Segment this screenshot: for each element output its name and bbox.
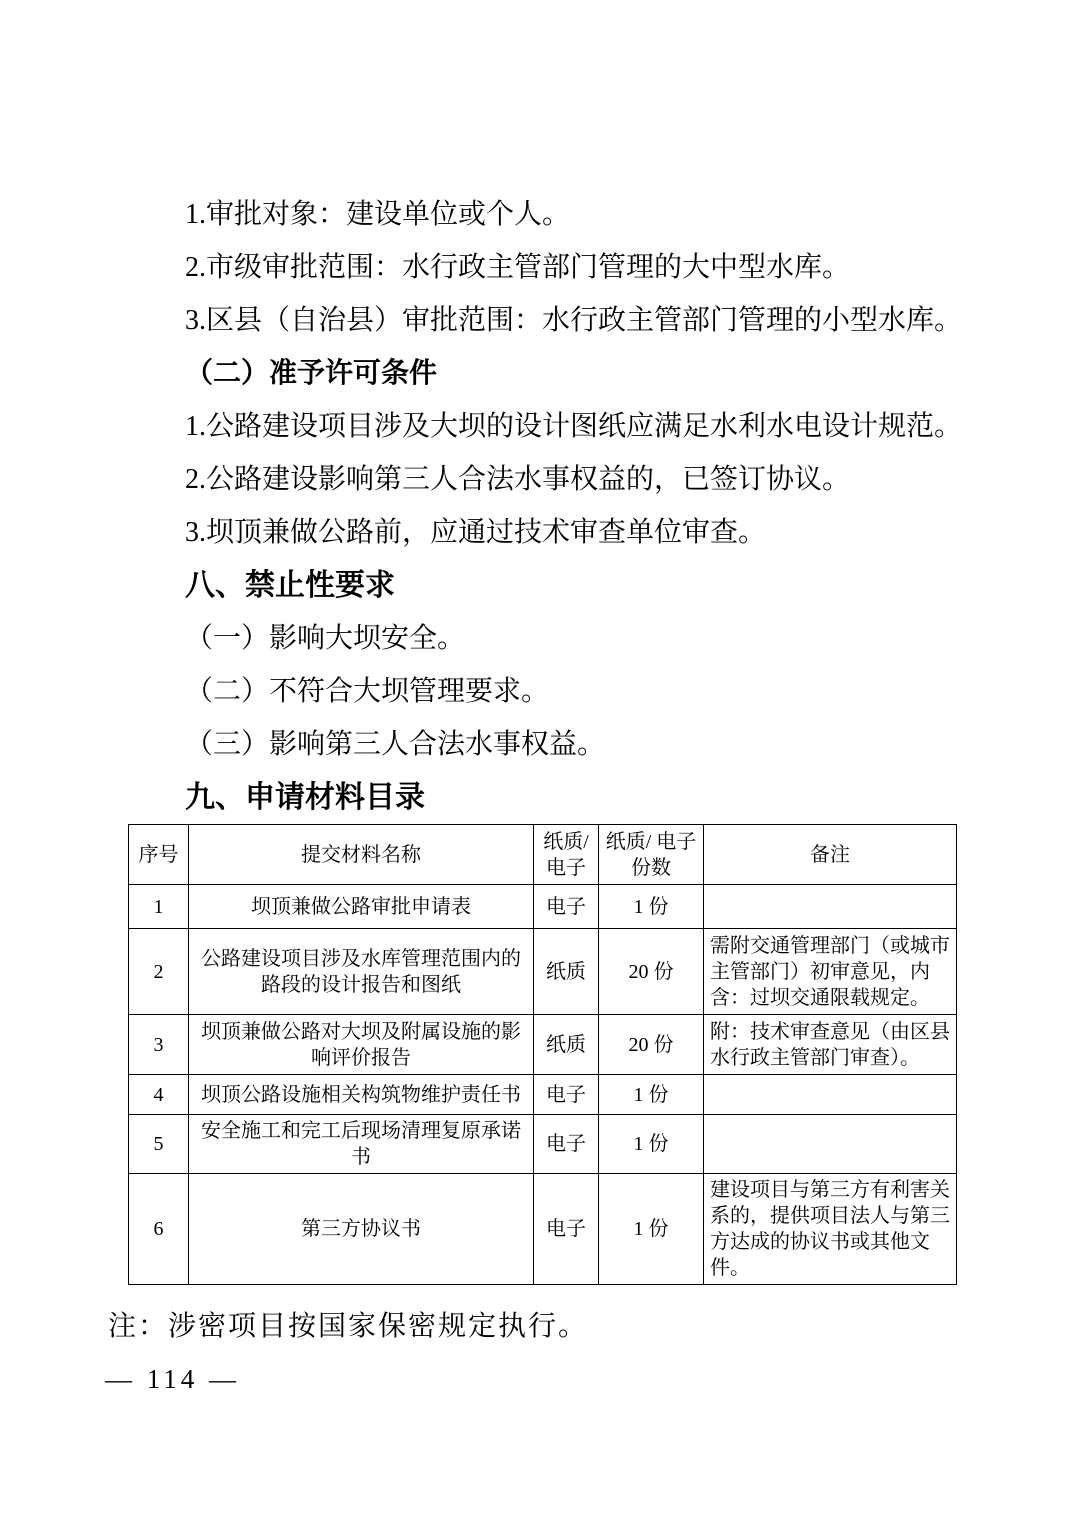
cell-remark: [704, 1075, 957, 1115]
cell-no: 6: [129, 1174, 189, 1285]
header-name: 提交材料名称: [189, 825, 534, 885]
cell-medium: 电子: [534, 1174, 599, 1285]
cell-copies: 20 份: [599, 1015, 704, 1075]
cell-no: 2: [129, 929, 189, 1015]
cell-no: 3: [129, 1015, 189, 1075]
cell-medium: 纸质: [534, 929, 599, 1015]
paragraph-condition-3: 3.坝顶兼做公路前，应通过技术审查单位审查。: [100, 506, 964, 559]
paragraph-condition-1: 1.公路建设项目涉及大坝的设计图纸应满足水利水电设计规范。: [100, 400, 964, 453]
cell-remark: 附：技术审查意见（由区县水行政主管部门审查）。: [704, 1015, 957, 1075]
cell-copies: 1 份: [599, 1115, 704, 1174]
cell-remark: 需附交通管理部门（或城市主管部门）初审意见，内含：过坝交通限载规定。: [704, 929, 957, 1015]
header-copies: 纸质/ 电子 份数: [599, 825, 704, 885]
header-medium: 纸质/ 电子: [534, 825, 599, 885]
cell-medium: 纸质: [534, 1015, 599, 1075]
document-page: 1.审批对象：建设单位或个人。 2.市级审批范围：水行政主管部门管理的大中型水库…: [0, 0, 1074, 1520]
page-number: — 114 —: [105, 1359, 964, 1399]
cell-no: 1: [129, 885, 189, 929]
cell-name: 第三方协议书: [189, 1174, 534, 1285]
table-row: 5 安全施工和完工后现场清理复原承诺书 电子 1 份: [129, 1115, 957, 1174]
header-no: 序号: [129, 825, 189, 885]
header-medium-line2: 电子: [540, 855, 592, 881]
header-remark: 备注: [704, 825, 957, 885]
cell-remark: [704, 885, 957, 929]
header-copies-line1: 纸质/ 电子: [605, 829, 697, 855]
header-medium-line1: 纸质/: [540, 829, 592, 855]
cell-remark: [704, 1115, 957, 1174]
cell-name: 坝顶兼做公路审批申请表: [189, 885, 534, 929]
table-row: 4 坝顶公路设施相关构筑物维护责任书 电子 1 份: [129, 1075, 957, 1115]
cell-no: 5: [129, 1115, 189, 1174]
table-row: 3 坝顶兼做公路对大坝及附属设施的影响评价报告 纸质 20 份 附：技术审查意见…: [129, 1015, 957, 1075]
table-row: 6 第三方协议书 电子 1 份 建设项目与第三方有利害关系的，提供项目法人与第三…: [129, 1174, 957, 1285]
paragraph-condition-2: 2.公路建设影响第三人合法水事权益的，已签订协议。: [100, 453, 964, 506]
table-header-row: 序号 提交材料名称 纸质/ 电子 纸质/ 电子 份数 备注: [129, 825, 957, 885]
cell-copies: 20 份: [599, 929, 704, 1015]
cell-copies: 1 份: [599, 1075, 704, 1115]
paragraph-scope-2: 2.市级审批范围：水行政主管部门管理的大中型水库。: [100, 241, 964, 294]
cell-medium: 电子: [534, 885, 599, 929]
cell-remark: 建设项目与第三方有利害关系的，提供项目法人与第三方达成的协议书或其他文件。: [704, 1174, 957, 1285]
paragraph-prohibition-1: （一）影响大坝安全。: [100, 612, 964, 665]
materials-table: 序号 提交材料名称 纸质/ 电子 纸质/ 电子 份数 备注 1 坝顶兼做公路审批…: [128, 824, 957, 1285]
cell-copies: 1 份: [599, 1174, 704, 1285]
cell-name: 公路建设项目涉及水库管理范围内的路段的设计报告和图纸: [189, 929, 534, 1015]
cell-name: 坝顶公路设施相关构筑物维护责任书: [189, 1075, 534, 1115]
paragraph-prohibition-2: （二）不符合大坝管理要求。: [100, 665, 964, 718]
heading-prohibitions: 八、禁止性要求: [100, 559, 964, 612]
cell-name: 坝顶兼做公路对大坝及附属设施的影响评价报告: [189, 1015, 534, 1075]
cell-copies: 1 份: [599, 885, 704, 929]
heading-materials: 九、申请材料目录: [100, 771, 964, 824]
cell-name: 安全施工和完工后现场清理复原承诺书: [189, 1115, 534, 1174]
subheading-permit-conditions: （二）准予许可条件: [100, 347, 964, 400]
paragraph-scope-1: 1.审批对象：建设单位或个人。: [100, 188, 964, 241]
cell-no: 4: [129, 1075, 189, 1115]
footnote: 注：涉密项目按国家保密规定执行。: [108, 1307, 964, 1347]
paragraph-prohibition-3: （三）影响第三人合法水事权益。: [100, 718, 964, 771]
header-copies-line2: 份数: [605, 855, 697, 881]
cell-medium: 电子: [534, 1075, 599, 1115]
paragraph-scope-3: 3.区县（自治县）审批范围：水行政主管部门管理的小型水库。: [100, 294, 964, 347]
cell-medium: 电子: [534, 1115, 599, 1174]
table-row: 2 公路建设项目涉及水库管理范围内的路段的设计报告和图纸 纸质 20 份 需附交…: [129, 929, 957, 1015]
table-row: 1 坝顶兼做公路审批申请表 电子 1 份: [129, 885, 957, 929]
